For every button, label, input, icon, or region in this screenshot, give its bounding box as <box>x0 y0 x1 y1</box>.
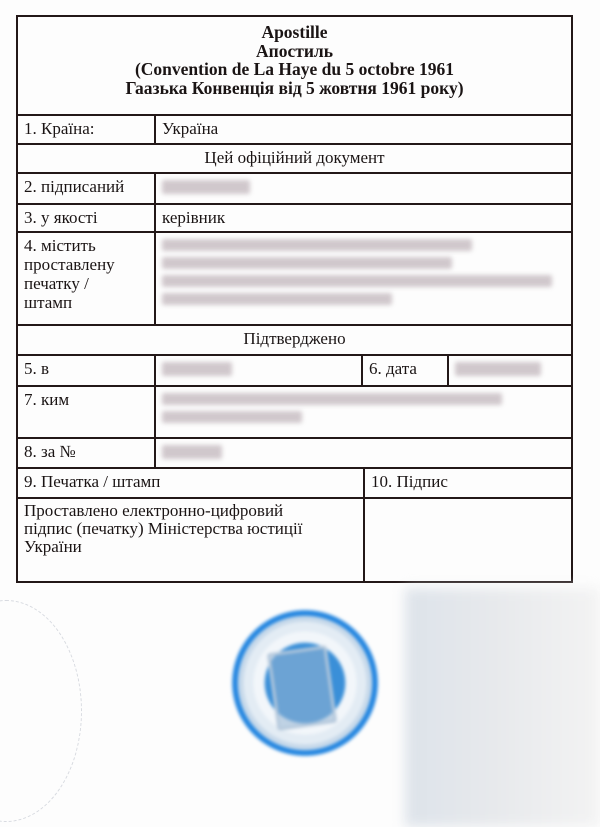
date-label: 6. дата <box>363 356 449 385</box>
number-label: 8. за № <box>18 439 156 467</box>
row-place-date: 5. в 6. дата <box>18 354 571 385</box>
by-whom-label: 7. ким <box>18 387 156 437</box>
redacted-overlay <box>405 588 600 827</box>
seal-value <box>156 233 571 324</box>
row-country: 1. Країна: Україна <box>18 114 571 143</box>
row-stamp-signature-labels: 9. Печатка / штамп 10. Підпис <box>18 467 571 497</box>
document-page: Apostille Апостиль (Convention de La Hay… <box>0 0 600 827</box>
header-title-uk: Апостиль <box>22 42 567 61</box>
row-signed-by: 2. підписаний <box>18 172 571 203</box>
capacity-label: 3. у якості <box>18 205 156 231</box>
number-value <box>156 439 571 467</box>
redacted-number <box>162 445 222 459</box>
place-value <box>156 356 363 385</box>
redacted-authority-line <box>162 393 502 405</box>
stamp-value: Проставлено електронно-цифровий підпис (… <box>18 499 365 581</box>
signed-by-label: 2. підписаний <box>18 174 156 203</box>
coat-of-arms-icon <box>267 645 337 731</box>
row-stamp-signature-values: Проставлено електронно-цифровий підпис (… <box>18 497 571 581</box>
header-convention-uk: Гаазька Конвенція від 5 жовтня 1961 року… <box>22 79 567 98</box>
redacted-date <box>455 362 541 376</box>
seal-label: 4. містить проставлену печатку / штамп <box>18 233 156 324</box>
signed-by-value <box>156 174 571 203</box>
apostille-table: Apostille Апостиль (Convention de La Hay… <box>16 15 573 583</box>
capacity-value: керівник <box>156 205 571 231</box>
country-value: Україна <box>156 116 571 143</box>
certified-heading: Підтверджено <box>18 326 571 354</box>
redacted-signer <box>162 180 250 194</box>
row-certified: Підтверджено <box>18 324 571 354</box>
header-convention-fr: (Convention de La Haye du 5 octobre 1961 <box>22 60 567 79</box>
row-official-document: Цей офіційний документ <box>18 143 571 172</box>
row-capacity: 3. у якості керівник <box>18 203 571 231</box>
by-whom-value <box>156 387 571 437</box>
row-number: 8. за № <box>18 437 571 467</box>
stamp-label: 9. Печатка / штамп <box>18 469 365 497</box>
official-document-heading: Цей офіційний документ <box>18 145 571 172</box>
header-title-en: Apostille <box>22 23 567 42</box>
row-seal: 4. містить проставлену печатку / штамп <box>18 231 571 324</box>
country-label: 1. Країна: <box>18 116 156 143</box>
faint-stamp-impression <box>0 600 82 822</box>
row-by-whom: 7. ким <box>18 385 571 437</box>
redacted-seal-line <box>162 239 472 251</box>
redacted-place <box>162 362 232 376</box>
apostille-header: Apostille Апостиль (Convention de La Hay… <box>18 17 571 114</box>
redacted-seal-line <box>162 257 452 269</box>
redacted-seal-line <box>162 293 392 305</box>
redacted-authority-line <box>162 411 302 423</box>
official-seal-stamp <box>205 583 405 783</box>
redacted-seal-line <box>162 275 552 287</box>
signature-label: 10. Підпис <box>365 469 571 497</box>
place-label: 5. в <box>18 356 156 385</box>
signature-value <box>365 499 571 581</box>
date-value <box>449 356 571 385</box>
